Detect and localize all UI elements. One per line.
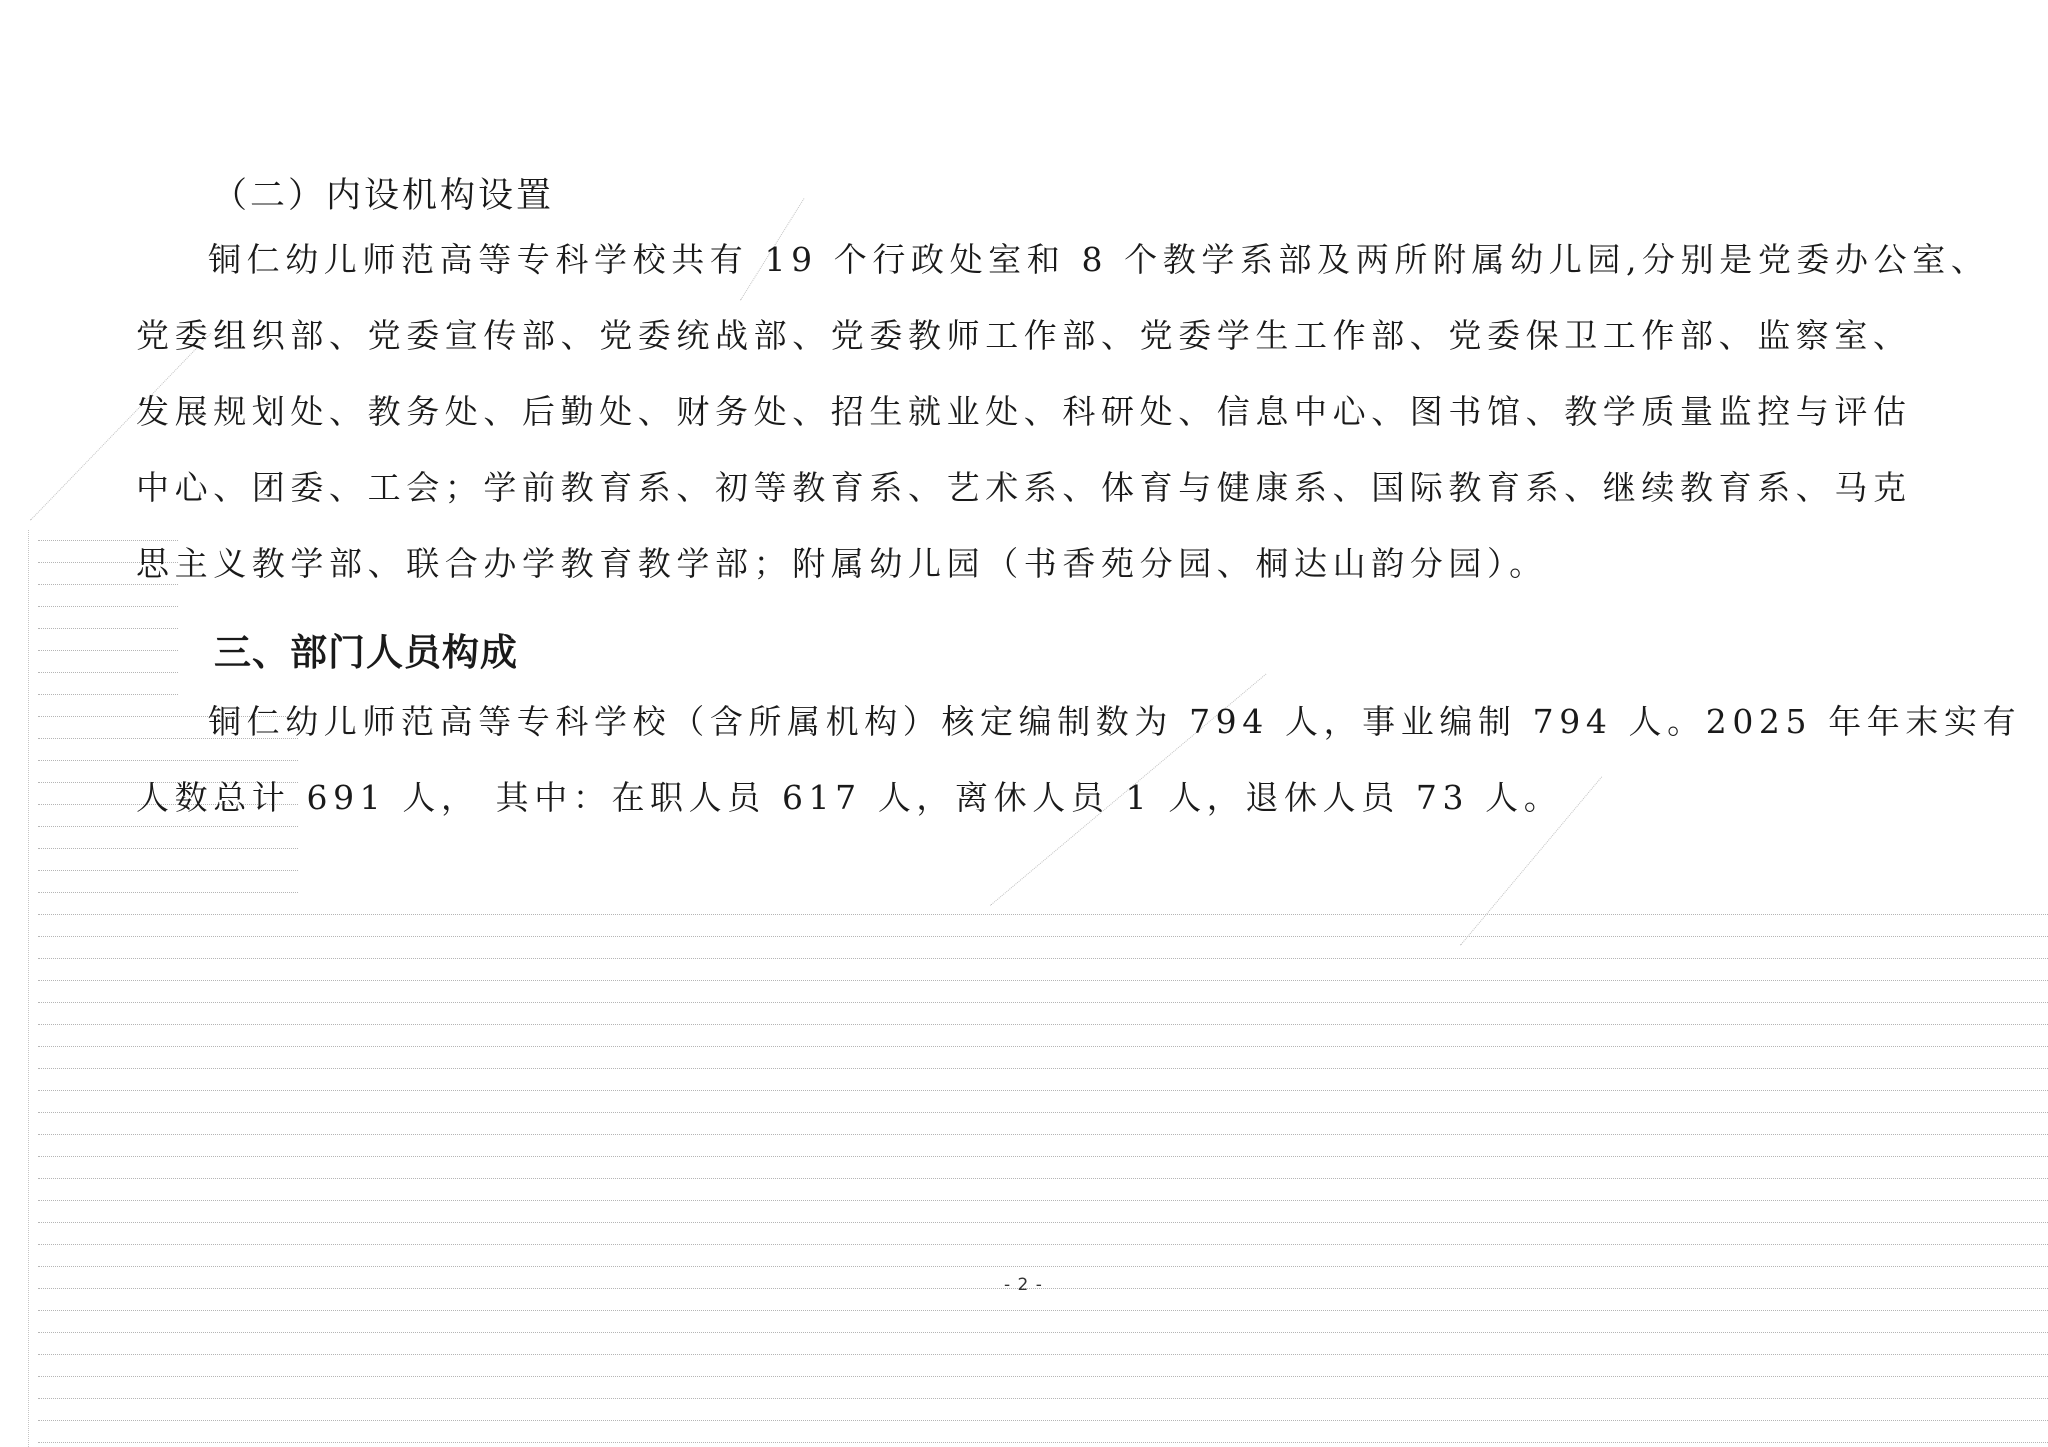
document-page: （二）内设机构设置 铜仁幼儿师范高等专科学校共有 19 个行政处室和 8 个教学… (0, 0, 2048, 1447)
paragraph-line: 中心、团委、工会；学前教育系、初等教育系、艺术系、体育与健康系、国际教育系、继续… (136, 450, 1916, 526)
subsection-heading: （二）内设机构设置 (212, 172, 554, 220)
org-structure-paragraph: 铜仁幼儿师范高等专科学校共有 19 个行政处室和 8 个教学系部及两所附属幼儿园… (136, 222, 1916, 602)
section-heading: 三、部门人员构成 (214, 628, 518, 678)
paragraph-line: 党委组织部、党委宣传部、党委统战部、党委教师工作部、党委学生工作部、党委保卫工作… (136, 298, 1916, 374)
page-number: - 2 - (1004, 1275, 1043, 1295)
paragraph-line: 铜仁幼儿师范高等专科学校共有 19 个行政处室和 8 个教学系部及两所附属幼儿园… (136, 222, 1916, 298)
paragraph-line: 人数总计 691 人， 其中：在职人员 617 人，离休人员 1 人，退休人员 … (136, 760, 1916, 836)
paragraph-line: 思主义教学部、联合办学教育教学部；附属幼儿园（书香苑分园、桐达山韵分园）。 (136, 526, 1916, 602)
paragraph-line: 铜仁幼儿师范高等专科学校（含所属机构）核定编制数为 794 人，事业编制 794… (136, 684, 1916, 760)
staffing-paragraph: 铜仁幼儿师范高等专科学校（含所属机构）核定编制数为 794 人，事业编制 794… (136, 684, 1916, 836)
paragraph-line: 发展规划处、教务处、后勤处、财务处、招生就业处、科研处、信息中心、图书馆、教学质… (136, 374, 1916, 450)
